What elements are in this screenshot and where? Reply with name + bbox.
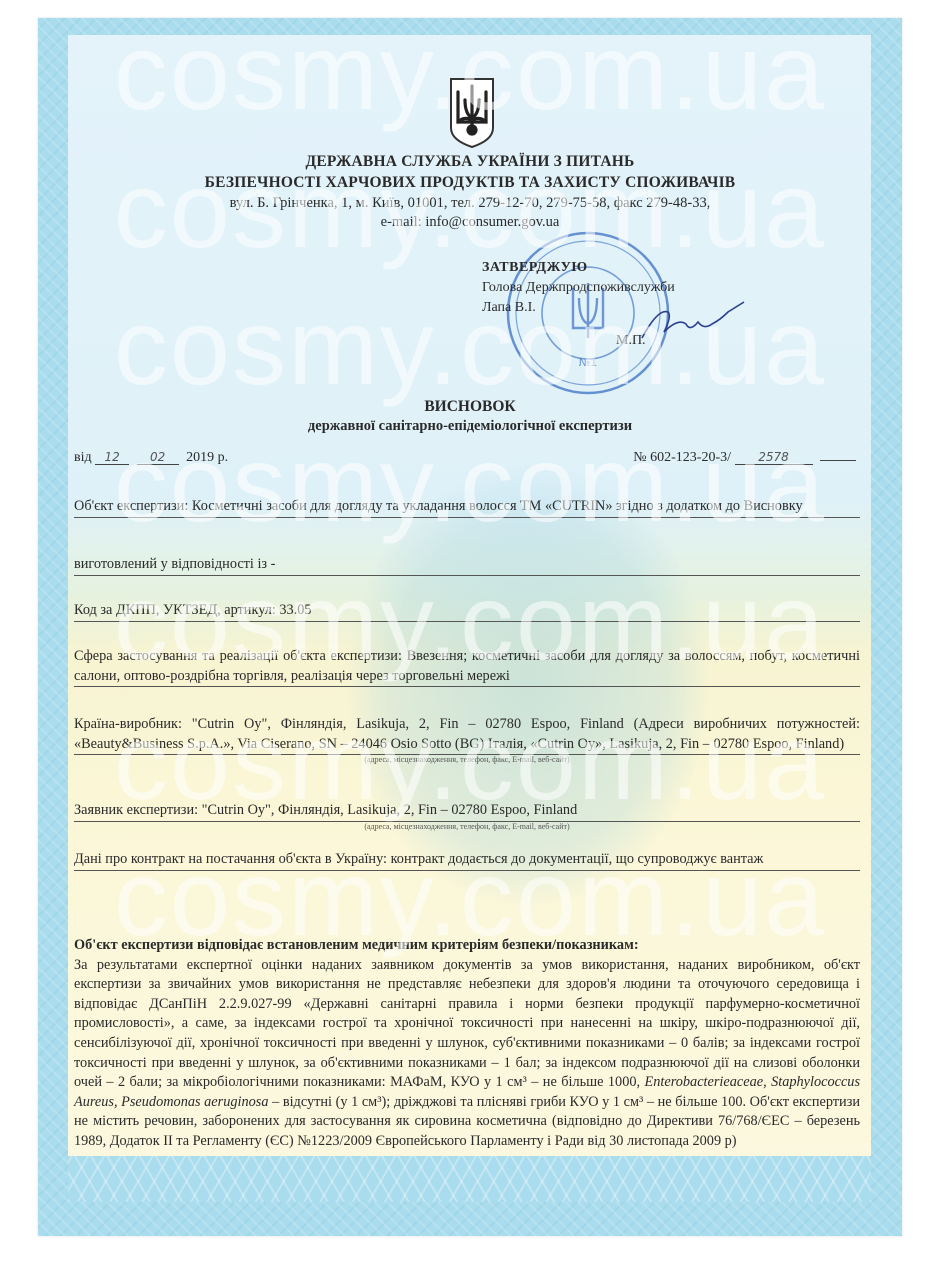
field-object-text: Об'єкт експертизи: Косметичні засоби для… (74, 497, 860, 518)
field-scope: Сфера застосування та реалізації об'єкта… (74, 647, 860, 687)
conclusion-part-1: За результатами експертної оцінки надани… (74, 957, 860, 1091)
conclusion-heading: Об'єкт експертизи відповідає встановлени… (74, 936, 860, 956)
date-day: 12 (95, 450, 129, 465)
document-subtitle: державної санітарно-епідеміологічної екс… (38, 418, 902, 435)
field-manufactured: виготовлений у відповідності із - (74, 555, 860, 576)
conclusion-text: Об'єкт експертизи відповідає встановлени… (74, 936, 860, 1152)
organization-contacts: вул. Б. Грінченка, 1, м. Київ, 01001, те… (38, 194, 902, 232)
field-code-text: Код за ДКПП, УКТЗЕД, артикул: 33.05 (74, 601, 860, 622)
date-year: 2019 р. (186, 450, 228, 465)
field-manufactured-text: виготовлений у відповідності із - (74, 555, 860, 576)
field-applicant-note: (адреса, місцезнаходження, телефон, факс… (74, 822, 860, 831)
org-line-2: БЕЗПЕЧНОСТІ ХАРЧОВИХ ПРОДУКТІВ ТА ЗАХИСТ… (38, 172, 902, 193)
number-blank (820, 460, 856, 461)
org-line-1: ДЕРЖАВНА СЛУЖБА УКРАЇНИ З ПИТАНЬ (38, 151, 902, 172)
approval-label: ЗАТВЕРДЖУЮ (482, 258, 675, 278)
document-number: № 602-123-20-3/ 2578 (633, 450, 856, 466)
signature-icon (638, 298, 748, 348)
org-email: e-mail: info@consumer.gov.ua (38, 213, 902, 232)
number-prefix: № 602-123-20-3/ (633, 450, 731, 465)
field-code: Код за ДКПП, УКТЗЕД, артикул: 33.05 (74, 601, 860, 622)
field-manufacturer-text: Країна-виробник: "Cutrin Oy", Фінляндія,… (74, 715, 860, 755)
field-contract: Дані про контракт на постачання об'єкта … (74, 850, 860, 871)
organization-name: ДЕРЖАВНА СЛУЖБА УКРАЇНИ З ПИТАНЬ БЕЗПЕЧН… (38, 151, 902, 193)
svg-text:№1: №1 (579, 356, 597, 369)
certificate-sheet: ДЕРЖАВНА СЛУЖБА УКРАЇНИ З ПИТАНЬ БЕЗПЕЧН… (38, 18, 902, 1236)
bottom-border-band (68, 1156, 871, 1202)
date-month: 02 (137, 450, 179, 465)
date-prefix: від (74, 450, 92, 465)
conclusion-paragraph: За результатами експертної оцінки надани… (74, 956, 860, 1152)
field-manufacturer-note: (адреса, місцезнаходження, телефон, факс… (74, 755, 860, 764)
field-scope-text: Сфера застосування та реалізації об'єкта… (74, 647, 860, 687)
date-number-line: від 12 02 2019 р. № 602-123-20-3/ 2578 (74, 450, 866, 470)
field-contract-text: Дані про контракт на постачання об'єкта … (74, 850, 860, 871)
org-address: вул. Б. Грінченка, 1, м. Київ, 01001, те… (38, 194, 902, 213)
field-object: Об'єкт експертизи: Косметичні засоби для… (74, 497, 860, 518)
field-applicant-text: Заявник експертизи: "Cutrin Oy", Фінлянд… (74, 801, 860, 822)
number-value: 2578 (735, 450, 813, 465)
field-manufacturer: Країна-виробник: "Cutrin Oy", Фінляндія,… (74, 715, 860, 764)
ukraine-trident-icon (448, 76, 496, 150)
approval-position: Голова Держпродспоживслужби (482, 278, 675, 298)
field-applicant: Заявник експертизи: "Cutrin Oy", Фінлянд… (74, 801, 860, 831)
document-title: ВИСНОВОК (38, 398, 902, 416)
